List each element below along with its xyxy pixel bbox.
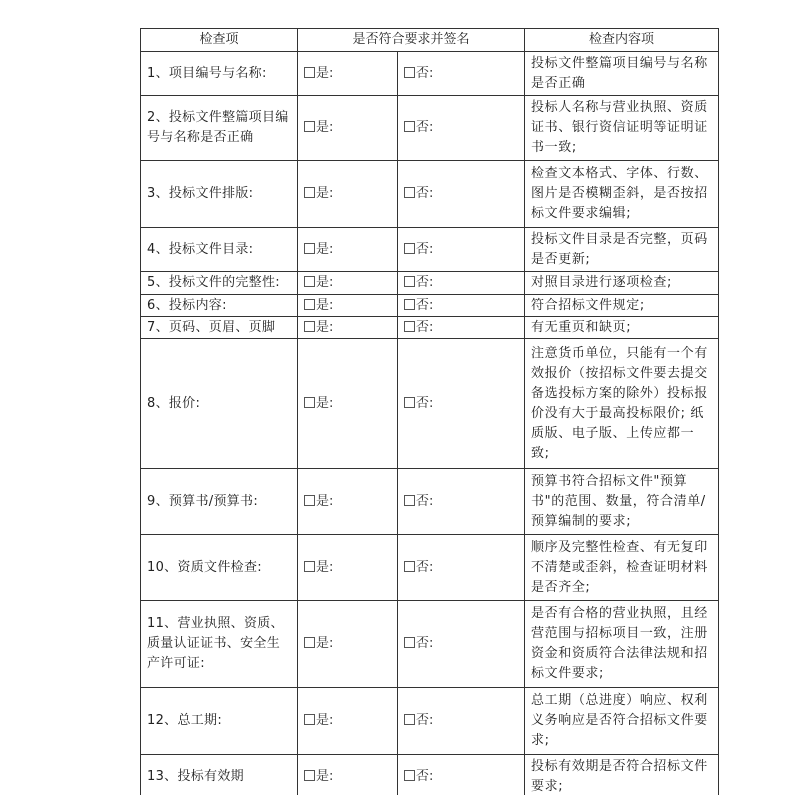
check-item: 13、投标有效期 — [141, 755, 298, 795]
no-label: 否: — [416, 242, 433, 257]
yes-label: 是: — [316, 320, 333, 335]
check-item: 2、投标文件整篇项目编号与名称是否正确 — [141, 96, 298, 161]
check-content: 顺序及完整性检查、有无复印不清楚或歪斜，检查证明材料是否齐全; — [525, 535, 719, 601]
header-item: 检查项 — [141, 29, 298, 52]
check-content: 对照目录进行逐项检查; — [525, 272, 719, 295]
checkbox-icon[interactable] — [304, 276, 315, 287]
no-checkbox-cell[interactable]: 否: — [398, 295, 525, 317]
no-label: 否: — [416, 769, 433, 784]
table-row: 4、投标文件目录:是:否:投标文件目录是否完整，页码是否更新; — [141, 228, 719, 272]
no-label: 否: — [416, 713, 433, 728]
checkbox-icon[interactable] — [404, 495, 415, 506]
checkbox-icon[interactable] — [304, 714, 315, 725]
checkbox-icon[interactable] — [404, 561, 415, 572]
header-row: 检查项 是否符合要求并签名 检查内容项 — [141, 29, 719, 52]
checkbox-icon[interactable] — [404, 770, 415, 781]
check-item: 5、投标文件的完整性: — [141, 272, 298, 295]
yes-label: 是: — [316, 396, 333, 411]
check-content: 有无重页和缺页; — [525, 317, 719, 339]
yes-label: 是: — [316, 769, 333, 784]
check-item: 11、营业执照、资质、质量认证证书、安全生产许可证: — [141, 601, 298, 688]
yes-checkbox-cell[interactable]: 是: — [298, 339, 398, 469]
bid-checklist-table: 检查项 是否符合要求并签名 检查内容项 1、项目编号与名称:是:否:投标文件整篇… — [140, 28, 719, 795]
checkbox-icon[interactable] — [404, 637, 415, 648]
check-content: 是否有合格的营业执照，且经营范围与招标项目一致，注册资金和资质符合法律法规和招标… — [525, 601, 719, 688]
checkbox-icon[interactable] — [404, 187, 415, 198]
yes-label: 是: — [316, 66, 333, 81]
no-label: 否: — [416, 636, 433, 651]
no-checkbox-cell[interactable]: 否: — [398, 339, 525, 469]
check-content: 投标文件整篇项目编号与名称是否正确 — [525, 52, 719, 96]
check-content: 预算书符合招标文件"预算书"的范围、数量，符合清单/预算编制的要求; — [525, 469, 719, 535]
checkbox-icon[interactable] — [404, 67, 415, 78]
yes-label: 是: — [316, 560, 333, 575]
yes-checkbox-cell[interactable]: 是: — [298, 688, 398, 755]
no-checkbox-cell[interactable]: 否: — [398, 601, 525, 688]
checkbox-icon[interactable] — [404, 121, 415, 132]
header-content: 检查内容项 — [525, 29, 719, 52]
checkbox-icon[interactable] — [304, 770, 315, 781]
no-label: 否: — [416, 275, 433, 290]
check-item: 10、资质文件检查: — [141, 535, 298, 601]
yes-label: 是: — [316, 636, 333, 651]
check-item: 8、报价: — [141, 339, 298, 469]
no-checkbox-cell[interactable]: 否: — [398, 96, 525, 161]
checkbox-icon[interactable] — [304, 321, 315, 332]
no-checkbox-cell[interactable]: 否: — [398, 317, 525, 339]
no-label: 否: — [416, 320, 433, 335]
checkbox-icon[interactable] — [304, 397, 315, 408]
yes-checkbox-cell[interactable]: 是: — [298, 535, 398, 601]
checkbox-icon[interactable] — [404, 397, 415, 408]
no-checkbox-cell[interactable]: 否: — [398, 228, 525, 272]
table-row: 5、投标文件的完整性:是:否:对照目录进行逐项检查; — [141, 272, 719, 295]
check-content: 总工期（总进度）响应、权利义务响应是否符合招标文件要求; — [525, 688, 719, 755]
checkbox-icon[interactable] — [304, 67, 315, 78]
yes-label: 是: — [316, 275, 333, 290]
check-content: 投标文件目录是否完整，页码是否更新; — [525, 228, 719, 272]
check-item: 4、投标文件目录: — [141, 228, 298, 272]
yes-checkbox-cell[interactable]: 是: — [298, 469, 398, 535]
check-item: 9、预算书/预算书: — [141, 469, 298, 535]
yes-label: 是: — [316, 120, 333, 135]
checkbox-icon[interactable] — [304, 637, 315, 648]
yes-label: 是: — [316, 242, 333, 257]
yes-label: 是: — [316, 186, 333, 201]
table-row: 13、投标有效期是:否:投标有效期是否符合招标文件要求; — [141, 755, 719, 795]
yes-checkbox-cell[interactable]: 是: — [298, 161, 398, 228]
table-row: 8、报价:是:否:注意货币单位，只能有一个有效报价（按招标文件要去提交备选投标方… — [141, 339, 719, 469]
check-item: 3、投标文件排版: — [141, 161, 298, 228]
checkbox-icon[interactable] — [304, 299, 315, 310]
no-checkbox-cell[interactable]: 否: — [398, 161, 525, 228]
checkbox-icon[interactable] — [304, 495, 315, 506]
no-label: 否: — [416, 298, 433, 313]
no-checkbox-cell[interactable]: 否: — [398, 535, 525, 601]
yes-checkbox-cell[interactable]: 是: — [298, 96, 398, 161]
table-row: 1、项目编号与名称:是:否:投标文件整篇项目编号与名称是否正确 — [141, 52, 719, 96]
yes-checkbox-cell[interactable]: 是: — [298, 228, 398, 272]
yes-checkbox-cell[interactable]: 是: — [298, 601, 398, 688]
table-row: 7、页码、页眉、页脚是:否:有无重页和缺页; — [141, 317, 719, 339]
checklist-body: 1、项目编号与名称:是:否:投标文件整篇项目编号与名称是否正确2、投标文件整篇项… — [141, 52, 719, 795]
no-checkbox-cell[interactable]: 否: — [398, 272, 525, 295]
check-content: 注意货币单位，只能有一个有效报价（按招标文件要去提交备选投标方案的除外）投标报价… — [525, 339, 719, 469]
no-checkbox-cell[interactable]: 否: — [398, 52, 525, 96]
checkbox-icon[interactable] — [404, 714, 415, 725]
check-content: 投标有效期是否符合招标文件要求; — [525, 755, 719, 795]
table-row: 11、营业执照、资质、质量认证证书、安全生产许可证:是:否:是否有合格的营业执照… — [141, 601, 719, 688]
check-item: 12、总工期: — [141, 688, 298, 755]
no-label: 否: — [416, 186, 433, 201]
checkbox-icon[interactable] — [404, 276, 415, 287]
table-row: 6、投标内容:是:否:符合招标文件规定; — [141, 295, 719, 317]
no-label: 否: — [416, 66, 433, 81]
checkbox-icon[interactable] — [404, 243, 415, 254]
check-content: 符合招标文件规定; — [525, 295, 719, 317]
checkbox-icon[interactable] — [404, 299, 415, 310]
yes-label: 是: — [316, 713, 333, 728]
no-label: 否: — [416, 396, 433, 411]
no-checkbox-cell[interactable]: 否: — [398, 469, 525, 535]
table-row: 9、预算书/预算书:是:否:预算书符合招标文件"预算书"的范围、数量，符合清单/… — [141, 469, 719, 535]
no-label: 否: — [416, 560, 433, 575]
no-checkbox-cell[interactable]: 否: — [398, 688, 525, 755]
table-row: 10、资质文件检查:是:否:顺序及完整性检查、有无复印不清楚或歪斜，检查证明材料… — [141, 535, 719, 601]
yes-checkbox-cell[interactable]: 是: — [298, 317, 398, 339]
checkbox-icon[interactable] — [304, 561, 315, 572]
yes-label: 是: — [316, 494, 333, 509]
checkbox-icon[interactable] — [404, 321, 415, 332]
yes-checkbox-cell[interactable]: 是: — [298, 272, 398, 295]
check-item: 7、页码、页眉、页脚 — [141, 317, 298, 339]
check-item: 6、投标内容: — [141, 295, 298, 317]
table-row: 3、投标文件排版:是:否:检查文本格式、字体、行数、图片是否模糊歪斜，是否按招标… — [141, 161, 719, 228]
table-row: 12、总工期:是:否:总工期（总进度）响应、权利义务响应是否符合招标文件要求; — [141, 688, 719, 755]
checkbox-icon[interactable] — [304, 121, 315, 132]
no-label: 否: — [416, 494, 433, 509]
checkbox-icon[interactable] — [304, 243, 315, 254]
yes-checkbox-cell[interactable]: 是: — [298, 755, 398, 795]
no-label: 否: — [416, 120, 433, 135]
check-content: 投标人名称与营业执照、资质证书、银行资信证明等证明证书一致; — [525, 96, 719, 161]
check-content: 检查文本格式、字体、行数、图片是否模糊歪斜，是否按招标文件要求编辑; — [525, 161, 719, 228]
table-row: 2、投标文件整篇项目编号与名称是否正确是:否:投标人名称与营业执照、资质证书、银… — [141, 96, 719, 161]
checkbox-icon[interactable] — [304, 187, 315, 198]
yes-checkbox-cell[interactable]: 是: — [298, 52, 398, 96]
yes-label: 是: — [316, 298, 333, 313]
no-checkbox-cell[interactable]: 否: — [398, 755, 525, 795]
header-compliance: 是否符合要求并签名 — [298, 29, 525, 52]
yes-checkbox-cell[interactable]: 是: — [298, 295, 398, 317]
check-item: 1、项目编号与名称: — [141, 52, 298, 96]
